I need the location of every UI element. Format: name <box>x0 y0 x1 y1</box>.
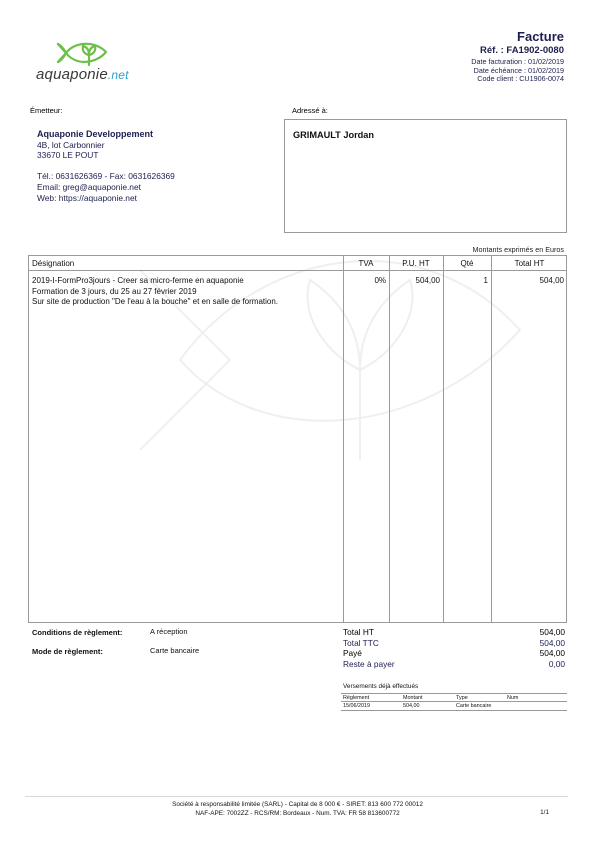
total-ht-value: 504,00 <box>540 627 565 638</box>
currency-note: Montants exprimés en Euros <box>473 245 564 254</box>
emitter-address-line1: 4B, lot Carbonnier <box>37 140 175 151</box>
logo-brand: aquaponie <box>36 66 108 83</box>
emitter-email: Email: greg@aquaponie.net <box>37 182 175 193</box>
header-unit-price: P.U. HT <box>389 259 443 268</box>
payments-header-row: Règlement Montant Type Num <box>341 694 567 702</box>
footer-divider <box>25 796 568 797</box>
designation-line: Sur site de production "De l'eau à la bo… <box>32 297 278 308</box>
payments-table: Règlement Montant Type Num 15/06/2019 50… <box>341 693 567 711</box>
invoice-meta: Date facturation : 01/02/2019 Date échéa… <box>471 58 564 84</box>
totals-block: Total HT 504,00 Total TTC 504,00 Payé 50… <box>343 627 565 669</box>
invoice-lines-table: Désignation TVA P.U. HT Qté Total HT 201… <box>28 255 567 623</box>
fish-sprout-logo-icon <box>56 38 108 68</box>
row-unit-price: 504,00 <box>389 276 440 287</box>
emitter-web: Web: https://aquaponie.net <box>37 193 175 204</box>
row-total: 504,00 <box>491 276 564 287</box>
emitter-label: Émetteur: <box>30 106 63 115</box>
total-ttc-value: 504,00 <box>540 638 565 649</box>
header-qty: Qté <box>443 259 491 268</box>
row-designation: 2019-I-FormPro3jours - Creer sa micro-fe… <box>32 276 278 308</box>
paid-label: Payé <box>343 648 362 659</box>
payment-mode-label: Mode de règlement: <box>32 647 103 656</box>
designation-line: 2019-I-FormPro3jours - Creer sa micro-fe… <box>32 276 278 287</box>
total-ht-row: Total HT 504,00 <box>343 627 565 638</box>
header-total: Total HT <box>491 259 568 268</box>
paid-row: Payé 504,00 <box>343 648 565 659</box>
document-title: Facture <box>517 29 564 44</box>
footer-line1: Société à responsabilité limitée (SARL) … <box>0 800 595 809</box>
paid-value: 504,00 <box>540 648 565 659</box>
column-divider <box>443 256 444 622</box>
row-vat: 0% <box>343 276 386 287</box>
emitter-block: Aquaponie Developpement 4B, lot Carbonni… <box>37 129 175 203</box>
payments-header-date: Règlement <box>343 695 369 701</box>
header-designation: Désignation <box>32 259 74 268</box>
client-code: Code client : CU1906-0074 <box>471 75 564 84</box>
remaining-row: Reste à payer 0,00 <box>343 659 565 670</box>
footer-legal: Société à responsabilité limitée (SARL) … <box>0 800 595 818</box>
page-number: 1/1 <box>540 809 549 816</box>
designation-line: Formation de 3 jours, du 25 au 27 févrie… <box>32 287 278 298</box>
payment-type: Carte bancaire <box>456 703 491 709</box>
column-divider <box>343 256 344 622</box>
payment-date: 15/06/2019 <box>343 703 370 709</box>
remaining-value: 0,00 <box>549 659 565 670</box>
recipient-box: GRIMAULT Jordan <box>284 119 567 233</box>
column-divider <box>389 256 390 622</box>
recipient-label: Adressé à: <box>292 106 328 115</box>
row-qty: 1 <box>443 276 488 287</box>
company-logo: aquaponie.net <box>36 66 129 83</box>
column-divider <box>491 256 492 622</box>
logo-tld: .net <box>108 68 129 82</box>
emitter-name: Aquaponie Developpement <box>37 129 175 140</box>
payment-amount: 504,00 <box>403 703 420 709</box>
payment-terms-label: Conditions de règlement: <box>32 628 122 637</box>
recipient-name: GRIMAULT Jordan <box>293 130 374 140</box>
payment-mode-value: Carte bancaire <box>150 646 199 655</box>
emitter-phone-fax: Tél.: 0631626369 - Fax: 0631626369 <box>37 171 175 182</box>
payments-header-num: Num <box>507 695 518 701</box>
payments-header-amount: Montant <box>403 695 422 701</box>
total-ht-label: Total HT <box>343 627 374 638</box>
payment-terms-value: A réception <box>150 627 188 636</box>
footer-line2: NAF-APE: 7002ZZ - RCS/RM: Bordeaux - Num… <box>0 809 595 818</box>
invoice-reference: Réf. : FA1902-0080 <box>480 45 564 56</box>
total-ttc-label: Total TTC <box>343 638 379 649</box>
payments-title: Versements déjà effectués <box>343 683 418 690</box>
header-vat: TVA <box>343 259 389 268</box>
payment-row: 15/06/2019 504,00 Carte bancaire <box>341 702 567 710</box>
emitter-address-line2: 33670 LE POUT <box>37 150 175 161</box>
remaining-label: Reste à payer <box>343 659 395 670</box>
table-header-row: Désignation TVA P.U. HT Qté Total HT <box>29 256 566 271</box>
payments-header-type: Type <box>456 695 468 701</box>
total-ttc-row: Total TTC 504,00 <box>343 638 565 649</box>
